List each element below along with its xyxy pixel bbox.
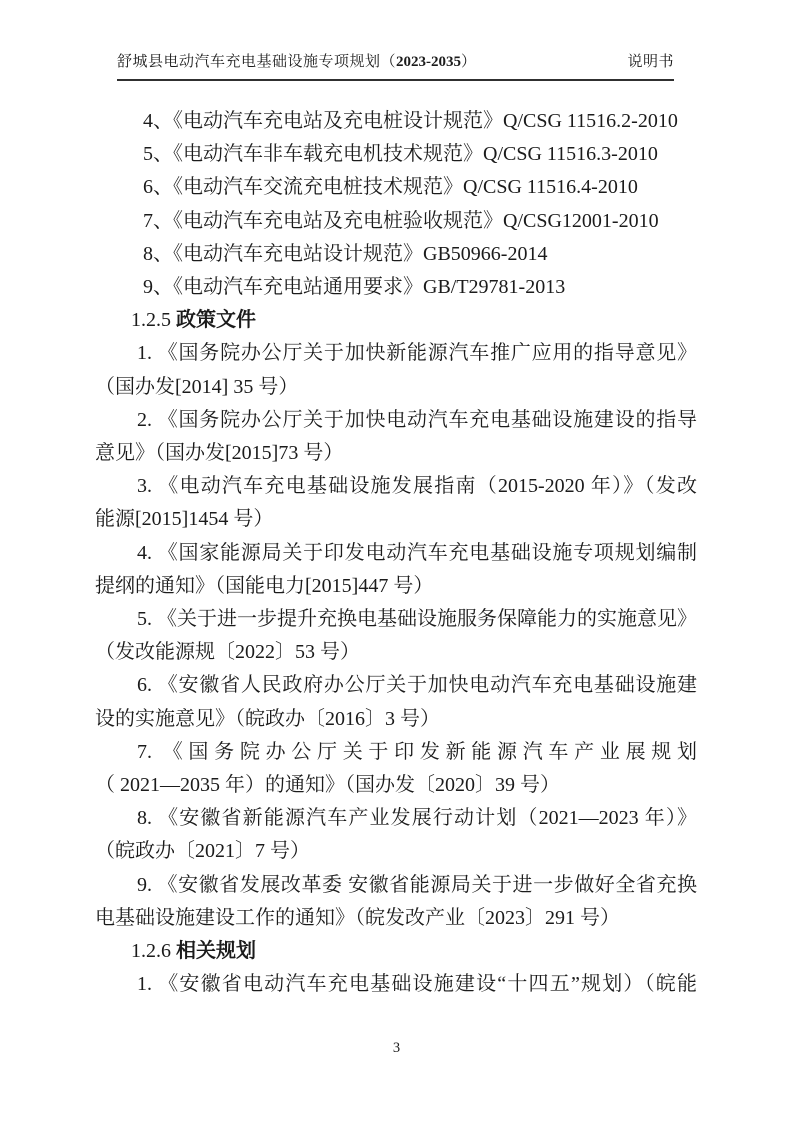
document-body: 4、《电动汽车充电站及充电桩设计规范》Q/CSG 11516.2-20105、《…: [95, 105, 697, 1001]
text-line: 3. 《电动汽车充电基础设施发展指南（2015-2020 年）》（发改: [95, 470, 697, 503]
text-segment: 2. 《国务院办公厅关于加快电动汽车充电基础设施建设的指导: [137, 409, 697, 431]
text-line: 7、《电动汽车充电站及充电桩验收规范》Q/CSG12001-2010: [95, 205, 697, 238]
text-line: 5、《电动汽车非车载充电机技术规范》Q/CSG 11516.3-2010: [95, 138, 697, 171]
text-segment: 设的实施意见》（皖政办〔2016〕3 号）: [95, 708, 440, 730]
text-segment: 4、《电动汽车充电站及充电桩设计规范》Q/CSG 11516.2-2010: [143, 110, 678, 132]
text-line: （发改能源规〔2022〕53 号）: [95, 636, 697, 669]
text-segment: 意见》（国办发[2015]73 号）: [95, 442, 343, 464]
text-line: 1. 《国务院办公厅关于加快新能源汽车推广应用的指导意见》: [95, 337, 697, 370]
text-segment: 8、《电动汽车充电站设计规范》GB50966-2014: [143, 243, 547, 265]
text-line: 4. 《国家能源局关于印发电动汽车充电基础设施专项规划编制: [95, 537, 697, 570]
header-title: 舒城县电动汽车充电基础设施专项规划（2023-2035）: [117, 52, 477, 72]
text-line: 8、《电动汽车充电站设计规范》GB50966-2014: [95, 238, 697, 271]
text-segment: 8. 《安徽省新能源汽车产业发展行动计划（2021—2023 年）》: [137, 807, 697, 829]
header-title-segment: （: [381, 54, 397, 70]
text-segment: 提纲的通知》（国能电力[2015]447 号）: [95, 575, 433, 597]
header-title-segment: ）: [461, 54, 477, 70]
text-segment: 9. 《安徽省发展改革委 安徽省能源局关于进一步做好全省充换: [137, 874, 697, 896]
document-page: 舒城县电动汽车充电基础设施专项规划（2023-2035） 说明书 4、《电动汽车…: [0, 0, 793, 1122]
text-segment: 1. 《安徽省电动汽车充电基础设施建设“十四五”规划）（皖能: [137, 973, 697, 995]
text-line: 7. 《国务院办公厅关于印发新能源汽车产业展规划: [95, 736, 697, 769]
text-segment: 5、《电动汽车非车载充电机技术规范》Q/CSG 11516.3-2010: [143, 143, 658, 165]
text-line: 4、《电动汽车充电站及充电桩设计规范》Q/CSG 11516.2-2010: [95, 105, 697, 138]
text-segment: 7、《电动汽车充电站及充电桩验收规范》Q/CSG12001-2010: [143, 210, 659, 232]
text-segment: 6. 《安徽省人民政府办公厅关于加快电动汽车充电基础设施建: [137, 674, 697, 696]
text-line: 电基础设施建设工作的通知》（皖发改产业〔2023〕291 号）: [95, 902, 697, 935]
text-segment: 6、《电动汽车交流充电桩技术规范》Q/CSG 11516.4-2010: [143, 176, 638, 198]
text-line: 9、《电动汽车充电站通用要求》GB/T29781-2013: [95, 271, 697, 304]
text-segment: 政策文件: [176, 309, 256, 331]
text-line: （皖政办〔2021〕7 号）: [95, 835, 697, 868]
text-line: 6、《电动汽车交流充电桩技术规范》Q/CSG 11516.4-2010: [95, 171, 697, 204]
text-line: （国办发[2014] 35 号）: [95, 371, 697, 404]
text-segment: （ 2021—2035 年）的通知》（国办发〔2020〕39 号）: [95, 774, 560, 796]
text-line: 1.2.5 政策文件: [95, 304, 697, 337]
text-segment: 9、《电动汽车充电站通用要求》GB/T29781-2013: [143, 276, 565, 298]
text-line: 5. 《关于进一步提升充换电基础设施服务保障能力的实施意见》: [95, 603, 697, 636]
text-segment: 相关规划: [176, 940, 256, 962]
page-header: 舒城县电动汽车充电基础设施专项规划（2023-2035） 说明书: [117, 52, 674, 81]
page-number: 3: [393, 1040, 400, 1056]
header-title-segment: 舒城县电动汽车充电基础设施专项规划: [117, 54, 381, 70]
text-segment: 7. 《国务院办公厅关于印发新能源汽车产业展规划: [137, 741, 697, 763]
text-line: （ 2021—2035 年）的通知》（国办发〔2020〕39 号）: [95, 769, 697, 802]
text-line: 8. 《安徽省新能源汽车产业发展行动计划（2021—2023 年）》: [95, 802, 697, 835]
text-line: 1. 《安徽省电动汽车充电基础设施建设“十四五”规划）（皖能: [95, 968, 697, 1001]
text-segment: （皖政办〔2021〕7 号）: [95, 840, 310, 862]
text-segment: 3. 《电动汽车充电基础设施发展指南（2015-2020 年）》（发改: [137, 475, 697, 497]
text-line: 9. 《安徽省发展改革委 安徽省能源局关于进一步做好全省充换: [95, 869, 697, 902]
text-segment: 1.2.5: [131, 309, 176, 331]
text-segment: （发改能源规〔2022〕53 号）: [95, 641, 360, 663]
text-segment: 电基础设施建设工作的通知》（皖发改产业〔2023〕291 号）: [95, 907, 620, 929]
text-line: 1.2.6 相关规划: [95, 935, 697, 968]
text-segment: 能源[2015]1454 号）: [95, 508, 273, 530]
text-segment: （国办发[2014] 35 号）: [95, 376, 298, 398]
text-line: 能源[2015]1454 号）: [95, 503, 697, 536]
text-segment: 1.2.6: [131, 940, 176, 962]
text-line: 2. 《国务院办公厅关于加快电动汽车充电基础设施建设的指导: [95, 404, 697, 437]
text-line: 设的实施意见》（皖政办〔2016〕3 号）: [95, 703, 697, 736]
text-segment: 1. 《国务院办公厅关于加快新能源汽车推广应用的指导意见》: [137, 342, 697, 364]
text-segment: 4. 《国家能源局关于印发电动汽车充电基础设施专项规划编制: [137, 542, 697, 564]
page-footer: 3: [0, 1038, 793, 1058]
text-line: 意见》（国办发[2015]73 号）: [95, 437, 697, 470]
text-segment: 5. 《关于进一步提升充换电基础设施服务保障能力的实施意见》: [137, 608, 697, 630]
text-line: 提纲的通知》（国能电力[2015]447 号）: [95, 570, 697, 603]
header-doc-type: 说明书: [627, 52, 674, 72]
header-title-segment: 2023-2035: [396, 54, 461, 70]
text-line: 6. 《安徽省人民政府办公厅关于加快电动汽车充电基础设施建: [95, 669, 697, 702]
